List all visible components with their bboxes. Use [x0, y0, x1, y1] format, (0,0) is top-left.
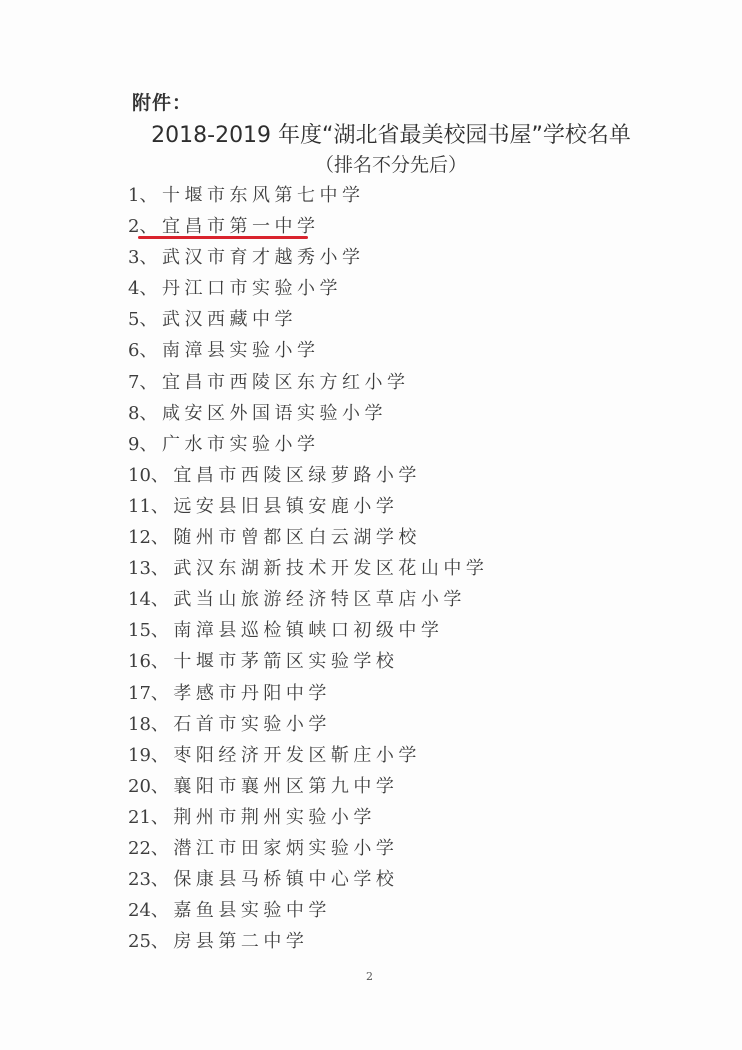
school-list-item: 4、丹江口市实验小学	[128, 273, 488, 304]
school-name: 武当山旅游经济特区草店小学	[173, 589, 466, 610]
school-name: 石首市实验小学	[173, 714, 331, 735]
school-name: 武汉西藏中学	[162, 309, 297, 330]
school-list-item: 18、石首市实验小学	[128, 709, 488, 740]
school-name: 枣阳经济开发区靳庄小学	[173, 745, 421, 766]
school-name: 武汉市育才越秀小学	[162, 247, 365, 268]
school-list-item: 6、南漳县实验小学	[128, 335, 488, 366]
school-name: 荆州市荆州实验小学	[173, 807, 376, 828]
school-list-item: 19、枣阳经济开发区靳庄小学	[128, 740, 488, 771]
school-name: 十堰市东风第七中学	[162, 185, 365, 206]
school-list-item: 13、武汉东湖新技术开发区花山中学	[128, 553, 488, 584]
school-list-item: 22、潜江市田家炳实验小学	[128, 833, 488, 864]
school-name: 保康县马桥镇中心学校	[173, 869, 398, 890]
school-name: 嘉鱼县实验中学	[173, 900, 331, 921]
school-list-item: 8、咸安区外国语实验小学	[128, 398, 488, 429]
school-list-item: 21、荆州市荆州实验小学	[128, 802, 488, 833]
school-name: 随州市曾都区白云湖学校	[173, 527, 421, 548]
school-list-item: 1、十堰市东风第七中学	[128, 180, 488, 211]
red-highlight-underline	[138, 236, 308, 239]
school-name: 十堰市茅箭区实验学校	[173, 651, 398, 672]
school-list-item: 7、宜昌市西陵区东方红小学	[128, 367, 488, 398]
school-list-item: 9、广水市实验小学	[128, 429, 488, 460]
school-list-item: 16、十堰市茅箭区实验学校	[128, 646, 488, 677]
page-number: 2	[366, 970, 373, 983]
school-name: 丹江口市实验小学	[162, 278, 342, 299]
school-list-item: 12、随州市曾都区白云湖学校	[128, 522, 488, 553]
school-list-item: 14、武当山旅游经济特区草店小学	[128, 584, 488, 615]
school-name: 武汉东湖新技术开发区花山中学	[173, 558, 488, 579]
school-name: 宜昌市第一中学	[162, 216, 320, 237]
school-list-item: 24、嘉鱼县实验中学	[128, 895, 488, 926]
document-title: 2018-2019 年度“湖北省最美校园书屋”学校名单	[0, 118, 742, 149]
school-name: 襄阳市襄州区第九中学	[173, 776, 398, 797]
school-list-item: 17、孝感市丹阳中学	[128, 678, 488, 709]
school-list-item: 5、武汉西藏中学	[128, 304, 488, 335]
school-name: 潜江市田家炳实验小学	[173, 838, 398, 859]
school-list-item: 10、宜昌市西陵区绿萝路小学	[128, 460, 488, 491]
school-name: 南漳县巡检镇峡口初级中学	[173, 620, 443, 641]
school-list-item: 25、房县第二中学	[128, 926, 488, 957]
attachment-label: 附件：	[132, 88, 192, 115]
school-list-item: 23、保康县马桥镇中心学校	[128, 864, 488, 895]
school-list-item: 15、南漳县巡检镇峡口初级中学	[128, 615, 488, 646]
school-name: 广水市实验小学	[162, 434, 320, 455]
school-name: 远安县旧县镇安鹿小学	[173, 496, 398, 517]
school-name: 南漳县实验小学	[162, 340, 320, 361]
school-name: 咸安区外国语实验小学	[162, 403, 387, 424]
school-name: 孝感市丹阳中学	[173, 683, 331, 704]
document-page: 附件： 2018-2019 年度“湖北省最美校园书屋”学校名单 （排名不分先后）…	[0, 0, 742, 1050]
school-list: 1、十堰市东风第七中学 2、宜昌市第一中学 3、武汉市育才越秀小学 4、丹江口市…	[128, 180, 488, 957]
school-list-item: 3、武汉市育才越秀小学	[128, 242, 488, 273]
school-name: 宜昌市西陵区东方红小学	[162, 372, 410, 393]
school-name: 房县第二中学	[173, 931, 308, 952]
school-name: 宜昌市西陵区绿萝路小学	[173, 465, 421, 486]
document-subtitle: （排名不分先后）	[0, 150, 742, 177]
school-list-item: 11、远安县旧县镇安鹿小学	[128, 491, 488, 522]
school-list-item: 20、襄阳市襄州区第九中学	[128, 771, 488, 802]
